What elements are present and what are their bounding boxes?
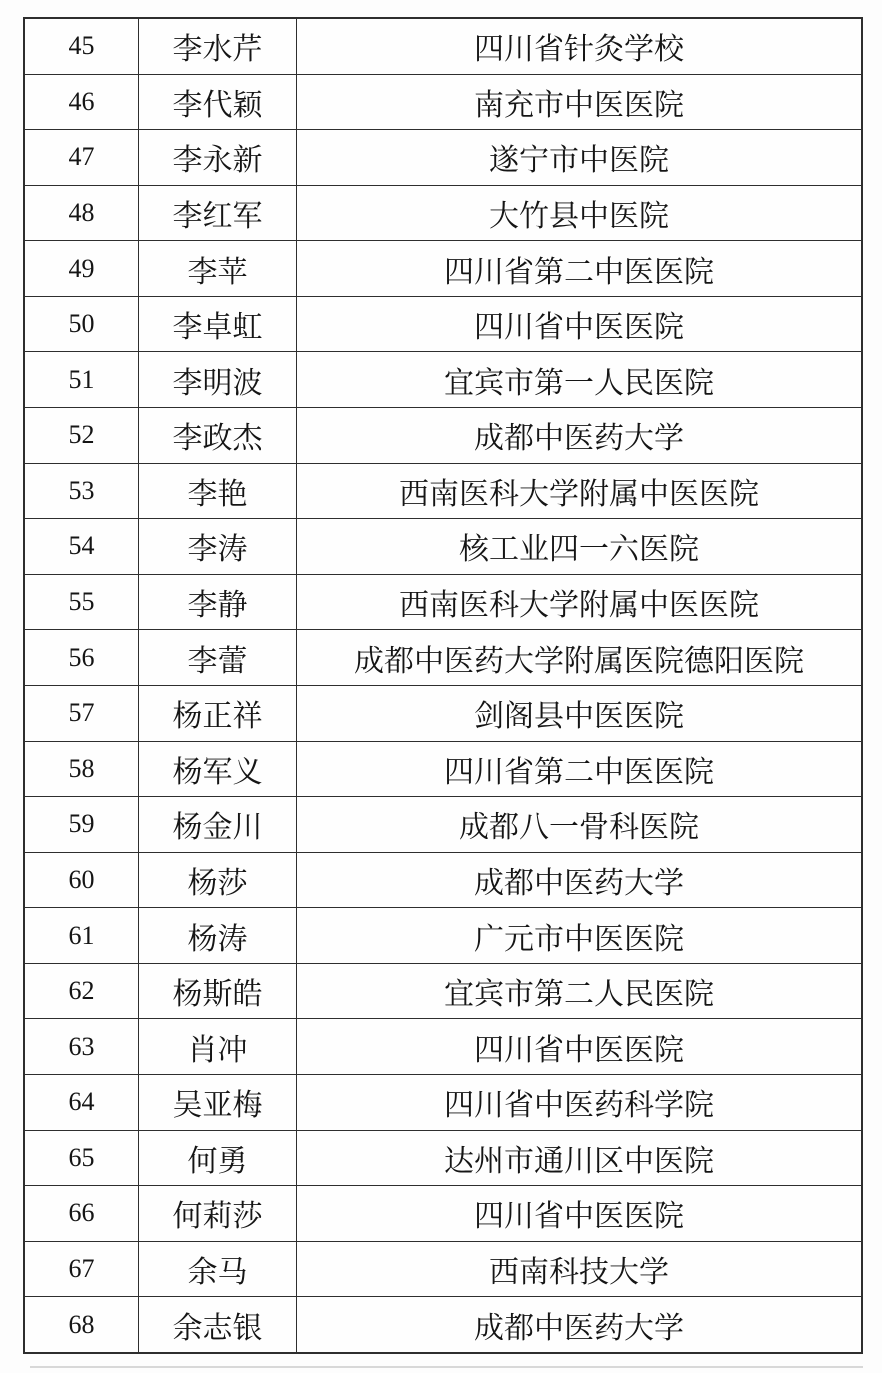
institution-cell: 四川省中医医院 <box>297 297 861 352</box>
person-name-cell: 李涛 <box>139 519 297 574</box>
table-row: 45 李水芹 四川省针灸学校 <box>25 19 861 75</box>
table-row: 67 余马 西南科技大学 <box>25 1242 861 1298</box>
table-row: 48 李红军 大竹县中医院 <box>25 186 861 242</box>
row-number-cell: 50 <box>25 297 139 352</box>
person-name-cell: 杨军义 <box>139 742 297 797</box>
person-name-cell: 何莉莎 <box>139 1186 297 1241</box>
table-row: 57 杨正祥 剑阁县中医医院 <box>25 686 861 742</box>
row-number-cell: 45 <box>25 19 139 74</box>
row-number-cell: 52 <box>25 408 139 463</box>
table-row: 56 李蕾 成都中医药大学附属医院德阳医院 <box>25 630 861 686</box>
person-name-cell: 李明波 <box>139 352 297 407</box>
institution-cell: 遂宁市中医院 <box>297 130 861 185</box>
table-row: 66 何莉莎 四川省中医医院 <box>25 1186 861 1242</box>
person-name-cell: 李静 <box>139 575 297 630</box>
person-name-cell: 李水芹 <box>139 19 297 74</box>
person-name-cell: 李艳 <box>139 464 297 519</box>
table-row: 63 肖冲 四川省中医医院 <box>25 1019 861 1075</box>
institution-cell: 宜宾市第一人民医院 <box>297 352 861 407</box>
institution-cell: 四川省针灸学校 <box>297 19 861 74</box>
person-name-cell: 李代颖 <box>139 75 297 130</box>
table-row: 47 李永新 遂宁市中医院 <box>25 130 861 186</box>
row-number-cell: 53 <box>25 464 139 519</box>
table-row: 61 杨涛 广元市中医医院 <box>25 908 861 964</box>
institution-cell: 成都八一骨科医院 <box>297 797 861 852</box>
row-number-cell: 63 <box>25 1019 139 1074</box>
person-name-cell: 余志银 <box>139 1297 297 1352</box>
row-number-cell: 47 <box>25 130 139 185</box>
row-number-cell: 60 <box>25 853 139 908</box>
institution-cell: 核工业四一六医院 <box>297 519 861 574</box>
table-row: 59 杨金川 成都八一骨科医院 <box>25 797 861 853</box>
institution-cell: 达州市通川区中医院 <box>297 1131 861 1186</box>
person-name-cell: 杨莎 <box>139 853 297 908</box>
institution-cell: 成都中医药大学附属医院德阳医院 <box>297 630 861 685</box>
table-row: 49 李苹 四川省第二中医医院 <box>25 241 861 297</box>
row-number-cell: 66 <box>25 1186 139 1241</box>
institution-cell: 四川省第二中医医院 <box>297 742 861 797</box>
row-number-cell: 58 <box>25 742 139 797</box>
row-number-cell: 59 <box>25 797 139 852</box>
row-number-cell: 51 <box>25 352 139 407</box>
person-name-cell: 肖冲 <box>139 1019 297 1074</box>
institution-cell: 西南医科大学附属中医医院 <box>297 575 861 630</box>
table-row: 58 杨军义 四川省第二中医医院 <box>25 742 861 798</box>
table-row: 50 李卓虹 四川省中医医院 <box>25 297 861 353</box>
row-number-cell: 64 <box>25 1075 139 1130</box>
table-row: 65 何勇 达州市通川区中医院 <box>25 1131 861 1187</box>
row-number-cell: 67 <box>25 1242 139 1297</box>
institution-cell: 四川省中医医院 <box>297 1019 861 1074</box>
row-number-cell: 62 <box>25 964 139 1019</box>
table-row: 55 李静 西南医科大学附属中医医院 <box>25 575 861 631</box>
table-row: 64 吴亚梅 四川省中医药科学院 <box>25 1075 861 1131</box>
person-name-cell: 吴亚梅 <box>139 1075 297 1130</box>
table-row: 51 李明波 宜宾市第一人民医院 <box>25 352 861 408</box>
table-row: 53 李艳 西南医科大学附属中医医院 <box>25 464 861 520</box>
row-number-cell: 56 <box>25 630 139 685</box>
institution-cell: 南充市中医医院 <box>297 75 861 130</box>
institution-cell: 广元市中医医院 <box>297 908 861 963</box>
person-name-cell: 李红军 <box>139 186 297 241</box>
roster-table: 45 李水芹 四川省针灸学校 46 李代颖 南充市中医医院 47 李永新 遂宁市… <box>23 17 863 1354</box>
institution-cell: 四川省第二中医医院 <box>297 241 861 296</box>
institution-cell: 剑阁县中医医院 <box>297 686 861 741</box>
row-number-cell: 68 <box>25 1297 139 1352</box>
row-number-cell: 61 <box>25 908 139 963</box>
row-number-cell: 48 <box>25 186 139 241</box>
person-name-cell: 杨涛 <box>139 908 297 963</box>
institution-cell: 成都中医药大学 <box>297 1297 861 1352</box>
institution-cell: 西南医科大学附属中医医院 <box>297 464 861 519</box>
person-name-cell: 杨金川 <box>139 797 297 852</box>
person-name-cell: 杨斯皓 <box>139 964 297 1019</box>
institution-cell: 成都中医药大学 <box>297 853 861 908</box>
institution-cell: 西南科技大学 <box>297 1242 861 1297</box>
table-row: 68 余志银 成都中医药大学 <box>25 1297 861 1352</box>
row-number-cell: 65 <box>25 1131 139 1186</box>
row-number-cell: 54 <box>25 519 139 574</box>
institution-cell: 四川省中医医院 <box>297 1186 861 1241</box>
institution-cell: 宜宾市第二人民医院 <box>297 964 861 1019</box>
institution-cell: 成都中医药大学 <box>297 408 861 463</box>
table-row: 52 李政杰 成都中医药大学 <box>25 408 861 464</box>
person-name-cell: 杨正祥 <box>139 686 297 741</box>
person-name-cell: 余马 <box>139 1242 297 1297</box>
table-row: 46 李代颖 南充市中医医院 <box>25 75 861 131</box>
person-name-cell: 李苹 <box>139 241 297 296</box>
row-number-cell: 46 <box>25 75 139 130</box>
table-row: 54 李涛 核工业四一六医院 <box>25 519 861 575</box>
row-number-cell: 57 <box>25 686 139 741</box>
row-number-cell: 55 <box>25 575 139 630</box>
table-row: 60 杨莎 成都中医药大学 <box>25 853 861 909</box>
person-name-cell: 何勇 <box>139 1131 297 1186</box>
institution-cell: 大竹县中医院 <box>297 186 861 241</box>
person-name-cell: 李卓虹 <box>139 297 297 352</box>
row-number-cell: 49 <box>25 241 139 296</box>
page-edge-artifact-line <box>30 1366 863 1368</box>
table-row: 62 杨斯皓 宜宾市第二人民医院 <box>25 964 861 1020</box>
person-name-cell: 李政杰 <box>139 408 297 463</box>
person-name-cell: 李永新 <box>139 130 297 185</box>
person-name-cell: 李蕾 <box>139 630 297 685</box>
institution-cell: 四川省中医药科学院 <box>297 1075 861 1130</box>
